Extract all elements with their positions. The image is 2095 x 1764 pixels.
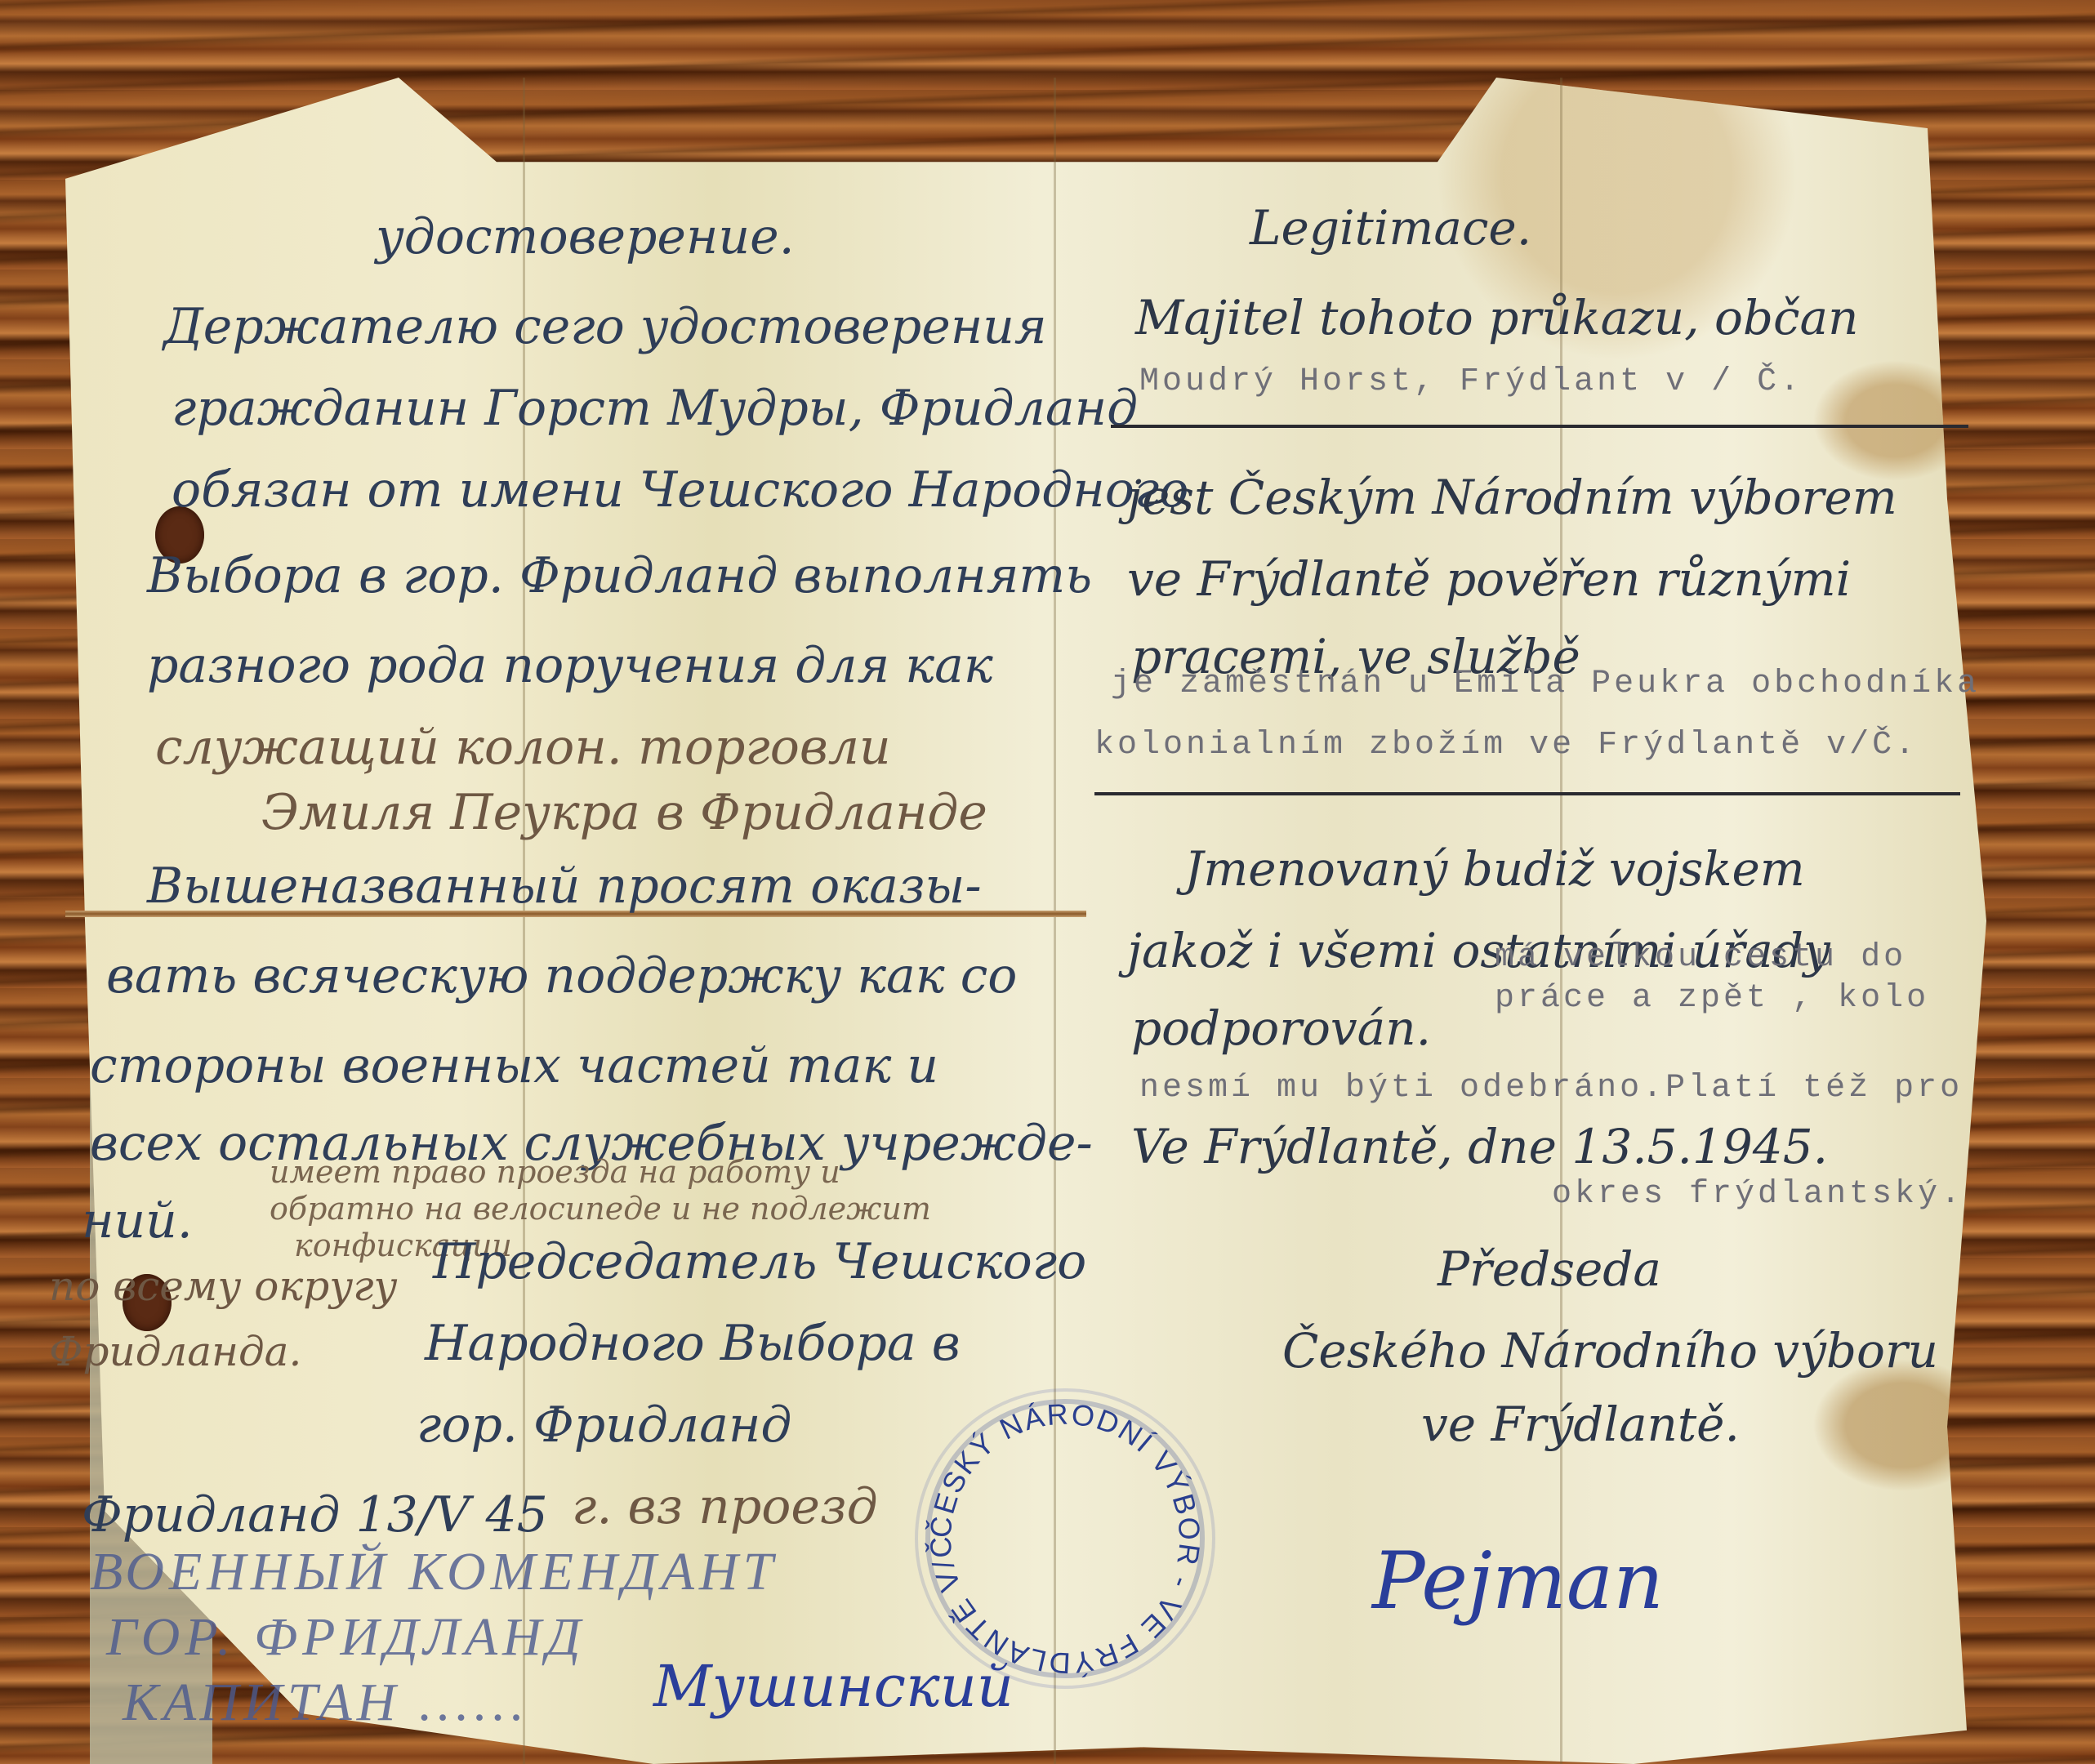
czech-typed-employment-1: je zaměstnán u Emila Peukra obchodníka <box>1111 666 1980 702</box>
russian-line-2: гражданин Горст Мудры, Фридланд <box>172 363 1138 453</box>
russian-line-9: вать всяческую поддержку как со <box>106 931 1017 1021</box>
czech-typed-name: Moudrý Horst, Frýdlant v / Č. <box>1139 363 1803 400</box>
czech-line-1: Majitel tohoto průkazu, občan <box>1135 290 1858 345</box>
divider-rule-2 <box>1094 792 1960 795</box>
divider-rule-1 <box>1111 425 1968 428</box>
russian-signature-block-2: Народного Выбора в <box>425 1298 961 1388</box>
russian-line-5: разного рода поручения для как <box>147 621 993 710</box>
czech-line-2: jest Českým Národním výborem <box>1127 470 1897 525</box>
russian-line-8: Вышеназванный просят оказы- <box>147 841 982 931</box>
czech-signature-block-3: ve Frýdlantě. <box>1421 1396 1740 1452</box>
russian-line-10: стороны военных частей так и <box>90 1021 938 1111</box>
czech-signature-block-1: Předseda <box>1438 1241 1661 1297</box>
czech-place-date: Ve Frýdlantě, dne 13.5.1945. <box>1131 1119 1828 1174</box>
chairman-signature: Pejman <box>1372 1535 1664 1627</box>
russian-line-3: обязан от имени Чешского Народного <box>172 445 1188 535</box>
russian-annotation-5: Фридланда. <box>49 1307 301 1396</box>
czech-typed-bicycle-1: má velkou cestu do <box>1495 939 1906 976</box>
czech-typed-bicycle-3: nesmí mu býti odebráno.Platí též pro <box>1139 1070 1963 1107</box>
czech-signature-block-2: Českého Národního výboru <box>1282 1323 1938 1379</box>
czech-title: Legitimace. <box>1250 200 1531 256</box>
commandant-stamp-line-3: КАПИТАН ...... <box>123 1658 529 1748</box>
czech-typed-employment-2: kolonialním zbožím ve Frýdlantě v/Č. <box>1094 727 1918 764</box>
russian-line-1: Держателю сего удостоверения <box>163 282 1047 372</box>
czech-column: Legitimace. Majitel tohoto průkazu, obča… <box>1062 0 2095 1764</box>
russian-signature-block-1: Председатель Чешского <box>433 1217 1086 1307</box>
czech-line-5: Jmenovaný budiž vojskem <box>1184 841 1805 897</box>
czech-line-7: podporován. <box>1131 1000 1431 1056</box>
czech-typed-bicycle-4: okres frýdlantský. <box>1552 1176 1964 1213</box>
russian-signature-block-3: гор. Фридланд <box>417 1380 791 1470</box>
russian-line-4: Выбора в гор. Фридланд выполнять <box>147 531 1092 621</box>
russian-title: удостоверение. <box>376 192 795 282</box>
russian-column: удостоверение. Держателю сего удостовере… <box>0 0 1062 1764</box>
czech-typed-bicycle-2: práce a zpět , kolo <box>1495 980 1929 1017</box>
czech-line-3: ve Frýdlantě pověřen různými <box>1127 551 1851 607</box>
